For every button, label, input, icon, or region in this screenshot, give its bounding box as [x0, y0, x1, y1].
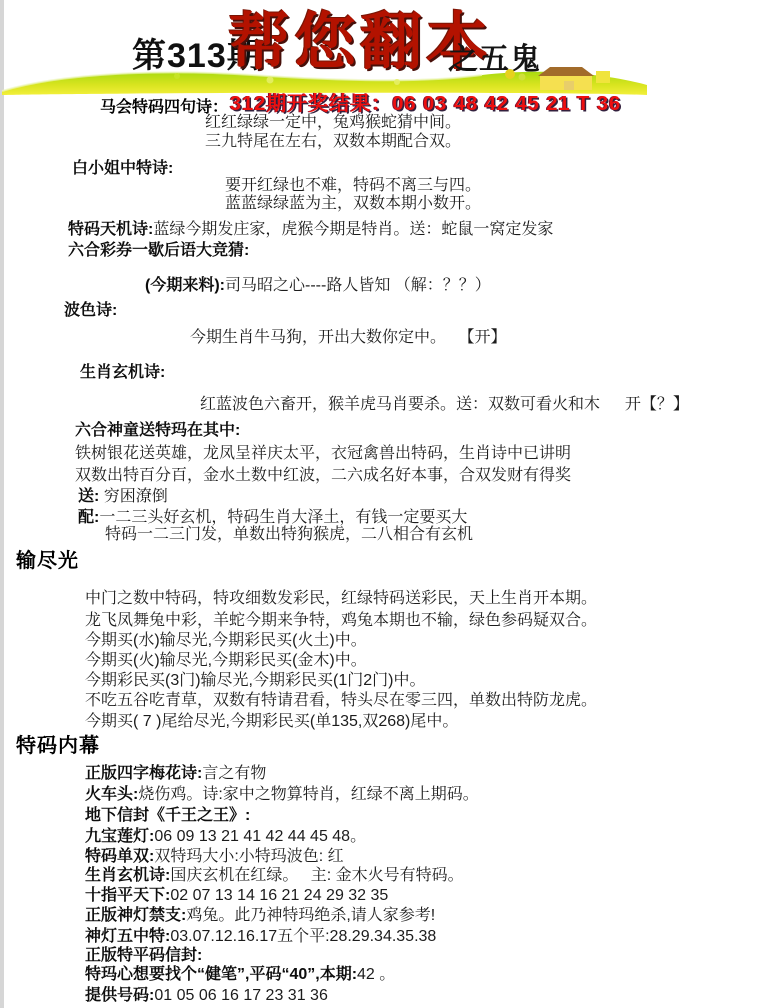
left-edge-strip: [0, 0, 4, 1008]
text-line: 波色诗:: [64, 301, 117, 320]
text-line: 正版特平码信封:: [85, 946, 202, 965]
text-line: (今期来料):司马昭之心----路人皆知 （解：？？）: [145, 276, 491, 295]
text-line: 今期买( 7 )尾给尽光,今期彩民买(单135,双268)尾中。: [85, 712, 458, 731]
text-line: 地下信封《千王之王》:: [85, 806, 250, 825]
text-line: 生肖玄机诗:: [80, 363, 165, 382]
previous-draw-result: 312期开奖结果：06 03 48 42 45 21 T 36: [230, 87, 621, 116]
section-heading: 特码内幕: [16, 737, 100, 756]
text-line: 白小姐中特诗:: [72, 159, 173, 178]
page: 第313期 帮您翻本 之五鬼 马会特码四句诗： 312期开奖结果：06 03 4…: [0, 0, 778, 1008]
text-line: 龙飞凤舞兔中彩，羊蛇今期来争特，鸡兔本期也不输，绿色参码疑双合。: [85, 611, 597, 630]
text-line: 神灯五中特:03.07.12.16.17五个平:28.29.34.35.38: [85, 927, 436, 946]
text-line: 双数出特百分百，金水土数中红波，二六成名好本事，合双发财有得奖: [75, 466, 571, 485]
section-heading: 输尽光: [16, 552, 79, 571]
text-line: 铁树银花送英雄，龙凤呈祥庆太平，衣冠禽兽出特码，生肖诗中已讲明: [75, 444, 571, 463]
text-line: 今期生肖牛马狗，开出大数你定中。 【开】: [190, 328, 506, 347]
text-line: 提供号码:01 05 06 16 17 23 31 36: [85, 986, 328, 1005]
text-line: 火车头:烧伤鸡。诗:家中之物算特肖，红绿不离上期码。: [85, 785, 479, 804]
text-line: 特码天机诗:蓝绿今期发庄家，虎猴今期是特肖。送：蛇鼠一窝定发家: [68, 220, 553, 239]
text-line: 三九特尾在左右，双数本期配合双。: [205, 132, 461, 151]
text-line: 不吃五谷吃青草，双数有特请君看，特头尽在零三四，单数出特防龙虎。: [85, 691, 597, 710]
text-line: 蓝蓝绿绿蓝为主，双数本期小数开。: [225, 194, 481, 213]
text-line: 九宝莲灯:06 09 13 21 41 42 44 45 48。: [85, 827, 366, 846]
text-line: 要开红绿也不难，特码不离三与四。: [225, 176, 481, 195]
text-line: 正版神灯禁支:鸡兔。此乃神特玛绝杀,请人家参考!: [85, 906, 435, 925]
text-line: 十指平天下:02 07 13 14 16 21 24 29 32 35: [85, 886, 388, 905]
text-line: 特码一二三门发，单数出特狗猴虎，二八相合有玄机: [105, 525, 473, 544]
text-line: 红蓝波色六畜开，猴羊虎马肖要杀。送：双数可看火和木 开【？】: [200, 395, 689, 414]
text-line: 正版四字梅花诗:言之有物: [85, 764, 266, 783]
text-line: 六合彩券一歇后语大竞猜:: [68, 241, 249, 260]
text-line: 生肖玄机诗:国庆玄机在红绿。 主: 金木火号有特码。: [85, 866, 464, 885]
text-line: 六合神童送特玛在其中:: [75, 421, 240, 440]
text-line: 今期彩民买(3门)输尽光,今期彩民买(1门2门)中。: [85, 671, 425, 690]
text-line: 红红绿绿一定中，兔鸡猴蛇猜中间。: [205, 113, 461, 132]
text-line: 特码单双:双特玛大小:小特玛波色: 红: [85, 847, 344, 866]
text-line: 今期买(水)输尽光,今期彩民买(火土)中。: [85, 631, 367, 650]
text-line: 送: 穷困潦倒: [78, 487, 168, 506]
text-line: 中门之数中特码，特攻细数发彩民，红绿特码送彩民，天上生肖开本期。: [85, 589, 597, 608]
text-line: 特玛心想要找个“健笔”,平码“40”,本期:42 。: [85, 965, 395, 984]
text-line: 今期买(火)输尽光,今期彩民买(金木)中。: [85, 651, 367, 670]
